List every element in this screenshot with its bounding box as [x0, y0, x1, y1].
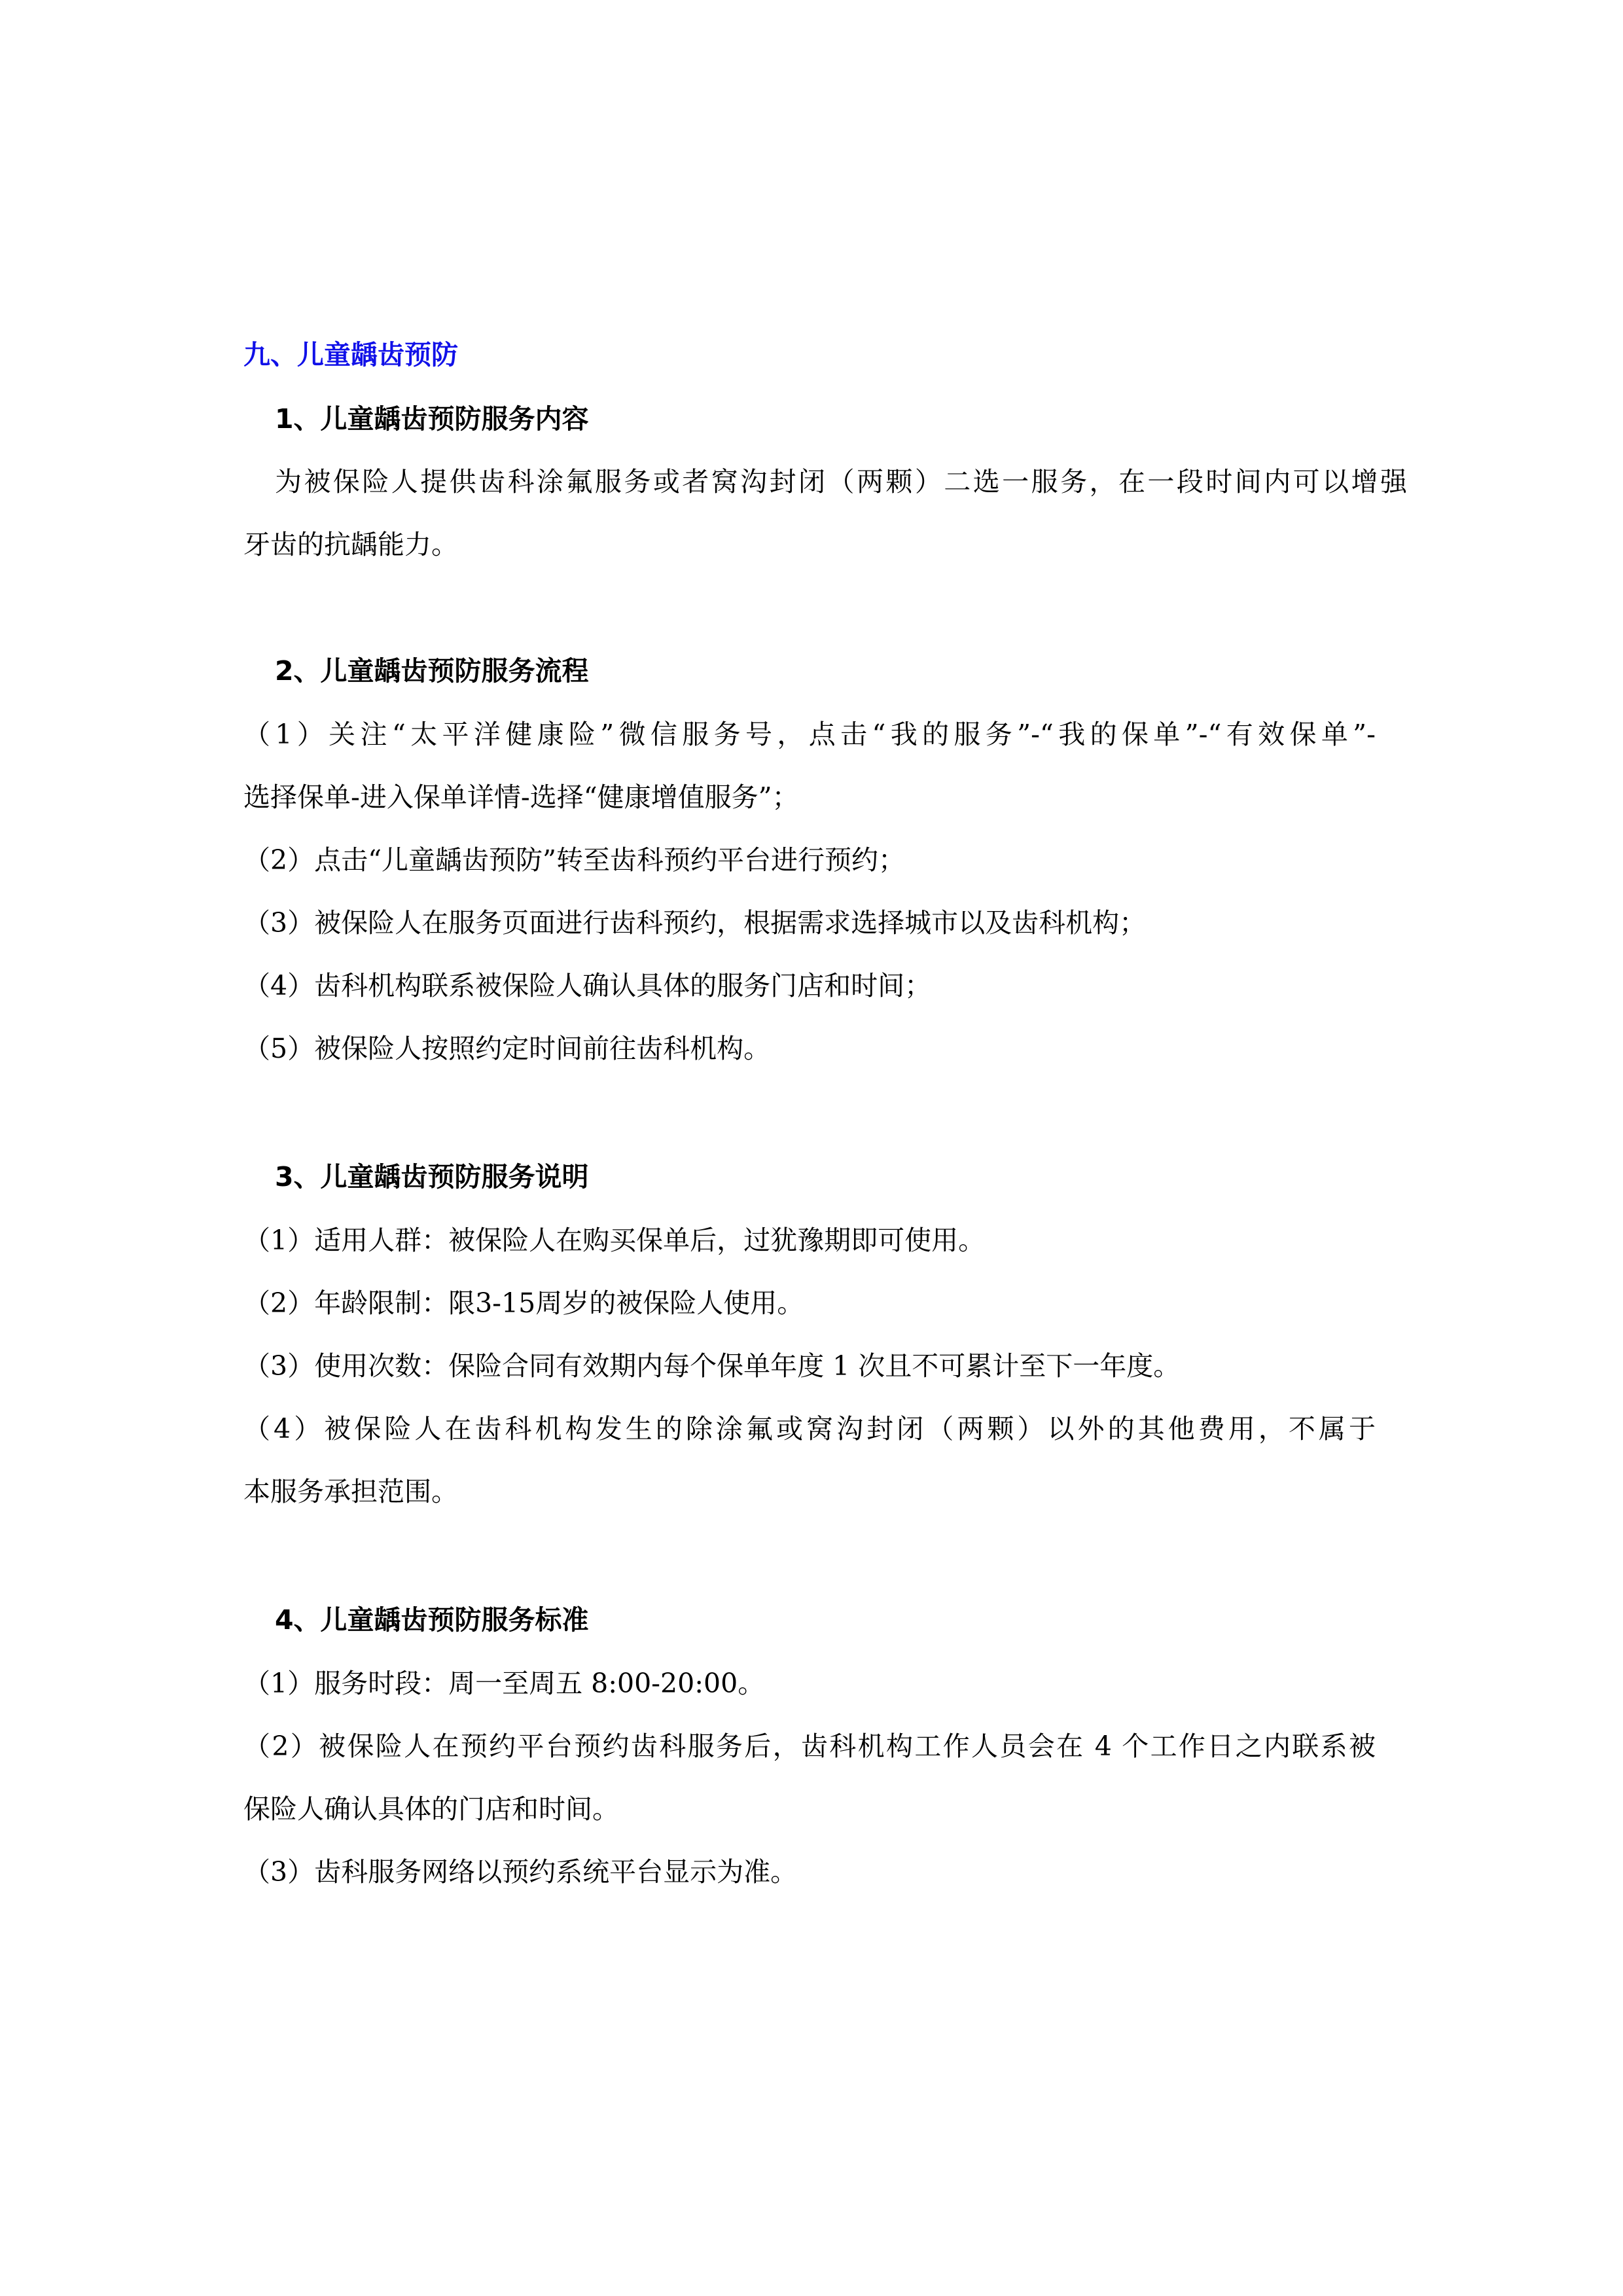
- section-2-item-1-line1: （1）关注“太平洋健康险”微信服务号，点击“我的服务”-“我的保单”-“有效保单…: [243, 715, 1376, 754]
- section-3-item-1: （1）适用人群：被保险人在购买保单后，过犹豫期即可使用。: [243, 1221, 985, 1260]
- section-2-item-5: （5）被保险人按照约定时间前往齿科机构。: [243, 1029, 770, 1068]
- section-3-item-4-line2: 本服务承担范围。: [243, 1472, 458, 1511]
- section-3-heading: 3、儿童龋齿预防服务说明: [243, 1157, 589, 1196]
- section-2-item-2: （2）点击“儿童龋齿预防”转至齿科预约平台进行预约；: [243, 840, 905, 880]
- section-2-item-3: （3）被保险人在服务页面进行齿科预约，根据需求选择城市以及齿科机构；: [243, 903, 1146, 942]
- section-4-item-2-line2: 保险人确认具体的门店和时间。: [243, 1789, 619, 1829]
- section-1-paragraph-line2: 牙齿的抗龋能力。: [243, 525, 458, 564]
- section-4-item-2-line1: （2）被保险人在预约平台预约齿科服务后，齿科机构工作人员会在 4 个工作日之内联…: [243, 1727, 1376, 1766]
- section-1-heading: 1、儿童龋齿预防服务内容: [243, 399, 589, 439]
- section-2-heading: 2、儿童龋齿预防服务流程: [243, 651, 589, 691]
- section-3-item-4-line1: （4）被保险人在齿科机构发生的除涂氟或窝沟封闭（两颗）以外的其他费用，不属于: [243, 1409, 1376, 1448]
- section-1-paragraph-line1: 为被保险人提供齿科涂氟服务或者窝沟封闭（两颗）二选一服务，在一段时间内可以增强: [243, 462, 1407, 501]
- section-3-item-3: （3）使用次数：保险合同有效期内每个保单年度 1 次且不可累计至下一年度。: [243, 1346, 1180, 1386]
- section-4-item-1: （1）服务时段：周一至周五 8:00-20:00。: [243, 1664, 764, 1703]
- section-3-item-2: （2）年龄限制：限3-15周岁的被保险人使用。: [243, 1283, 804, 1323]
- section-2-item-1-line2: 选择保单-进入保单详情-选择“健康增值服务”；: [243, 778, 799, 817]
- section-4-heading: 4、儿童龋齿预防服务标准: [243, 1600, 589, 1640]
- section-title: 九、儿童龋齿预防: [243, 335, 458, 374]
- section-4-item-3: （3）齿科服务网络以预约系统平台显示为准。: [243, 1852, 797, 1892]
- section-2-item-4: （4）齿科机构联系被保险人确认具体的服务门店和时间；: [243, 966, 931, 1005]
